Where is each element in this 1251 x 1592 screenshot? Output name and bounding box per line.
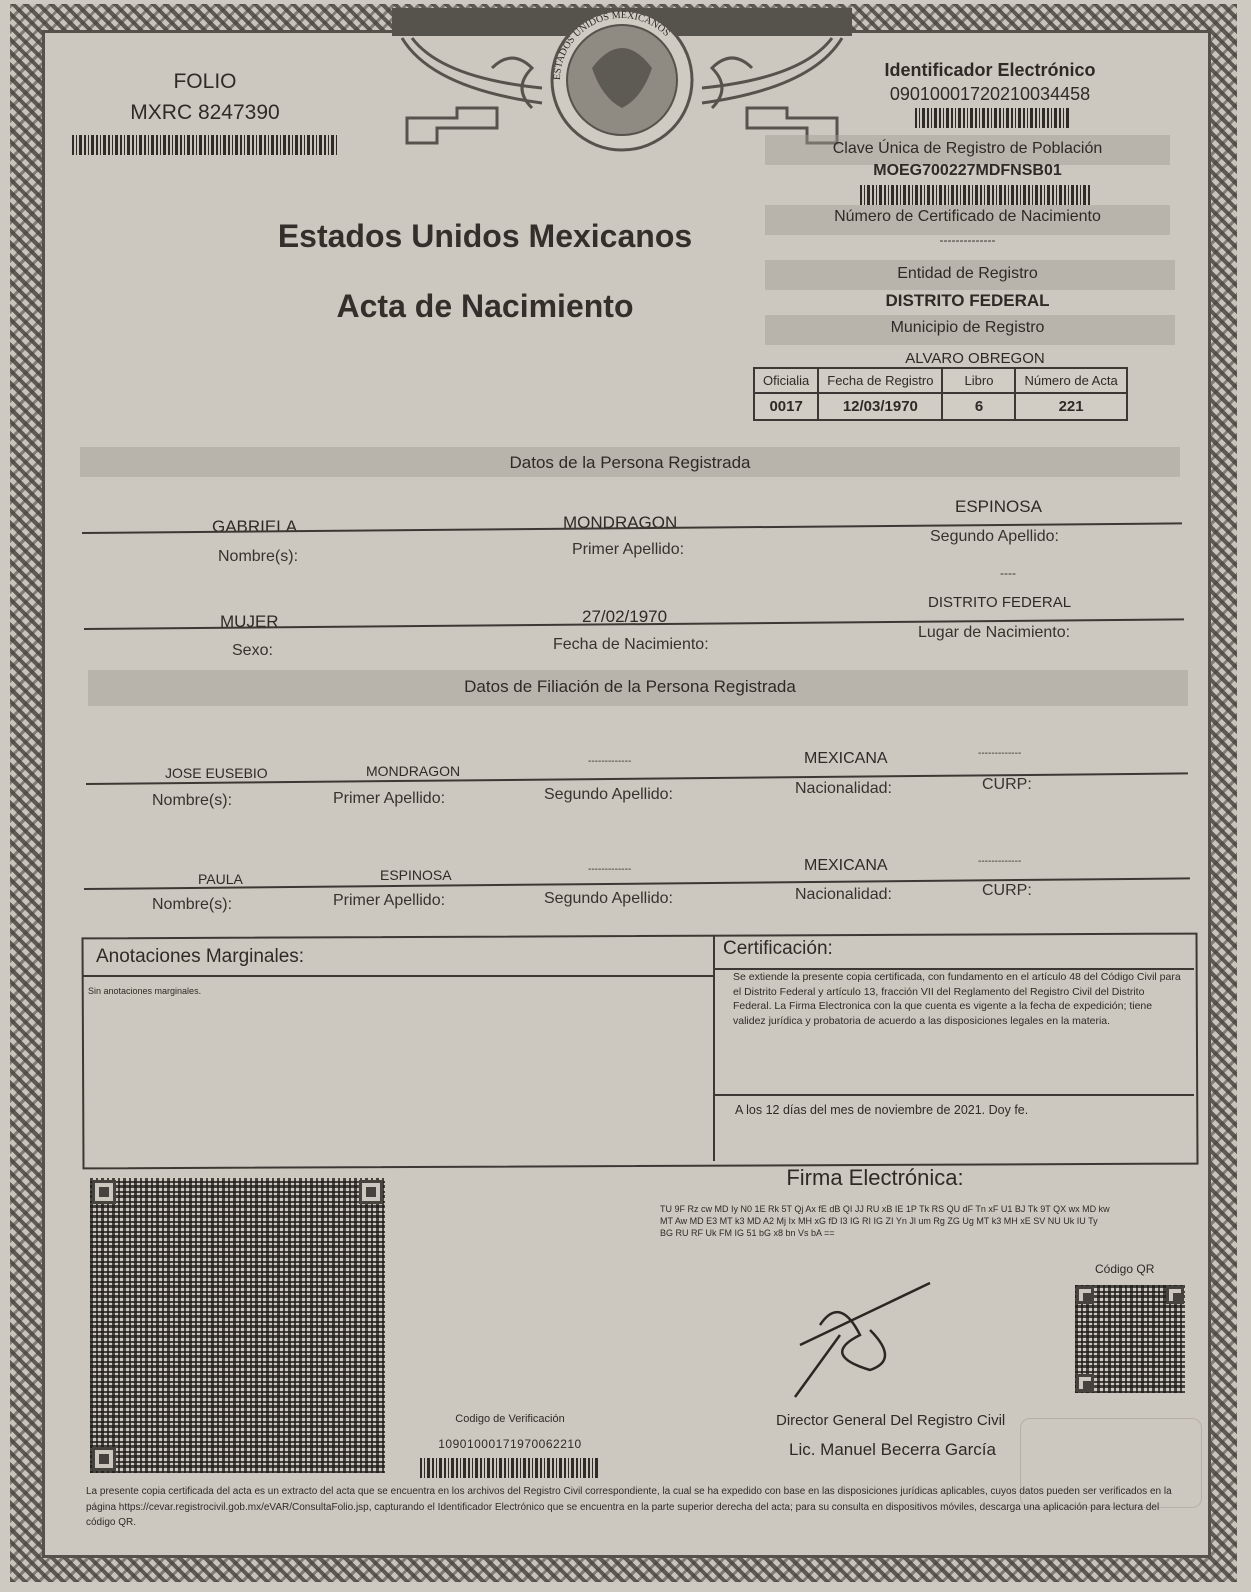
- second-surname-value: ESPINOSA: [955, 497, 1042, 517]
- father-name: JOSE EUSEBIO: [165, 765, 268, 781]
- electronic-id-value: 09010001720210034458: [840, 84, 1140, 105]
- birth-place-label: Lugar de Nacimiento:: [918, 624, 1070, 642]
- first-surname-value: MONDRAGON: [563, 513, 677, 533]
- first-name-label: Nombre(s):: [218, 548, 298, 566]
- country-title: Estados Unidos Mexicanos: [250, 218, 720, 255]
- father-curp: -------------: [978, 748, 1021, 759]
- document-background: ESTADOS UNIDOS MEXICANOS FOLIO MXRC 8247…: [0, 0, 1251, 1592]
- mother-first-surname: ESPINOSA: [380, 867, 452, 883]
- folio-value: MXRC 8247390: [90, 101, 320, 125]
- coat-of-arms-seal-icon: ESTADOS UNIDOS MEXICANOS: [392, 8, 852, 153]
- father-nationality: MEXICANA: [804, 750, 888, 768]
- director-name: Lic. Manuel Becerra García: [789, 1440, 996, 1460]
- document-title: Acta de Nacimiento: [250, 288, 720, 325]
- father-second-surname: -------------: [588, 756, 631, 767]
- curp-label: Clave Única de Registro de Población: [790, 140, 1145, 158]
- first-name-value: GABRIELA: [212, 517, 297, 537]
- registry-entity-value: DISTRITO FEDERAL: [790, 291, 1145, 311]
- small-qr-code: [1075, 1285, 1185, 1393]
- electronic-signature-hash: TU 9F Rz cw MD Iy N0 1E Rk 5T Qj Ax fE d…: [660, 1203, 1110, 1239]
- mother-second-surname: -------------: [588, 864, 631, 875]
- certification-text: Se extiende la presente copia certificad…: [733, 970, 1185, 1029]
- folio-label: FOLIO: [90, 70, 320, 94]
- birth-place-value: DISTRITO FEDERAL: [928, 594, 1071, 611]
- marginal-annotations-text: Sin anotaciones marginales.: [88, 986, 201, 996]
- qr-code-label: Código QR: [1095, 1262, 1154, 1276]
- electronic-id-label: Identificador Electrónico: [840, 60, 1140, 81]
- electronic-id-barcode: [915, 108, 1070, 128]
- verification-qr-code: [90, 1178, 385, 1473]
- registration-table: Oficialia Fecha de Registro Libro Número…: [753, 367, 1128, 421]
- certification-title: Certificación:: [723, 938, 833, 960]
- folio-barcode: [72, 135, 337, 155]
- registry-municipality-label: Municipio de Registro: [790, 319, 1145, 337]
- handwritten-signature-icon: [780, 1275, 950, 1405]
- table-row: 0017 12/03/1970 6 221: [754, 393, 1127, 420]
- curp-barcode: [860, 185, 1092, 205]
- certification-date: A los 12 días del mes de noviembre de 20…: [735, 1103, 1028, 1117]
- sex-label: Sexo:: [232, 642, 273, 660]
- birth-certificate-number-label: Número de Certificado de Nacimiento: [790, 208, 1145, 226]
- mother-nationality: MEXICANA: [804, 857, 888, 875]
- table-header-row: Oficialia Fecha de Registro Libro Número…: [754, 368, 1127, 393]
- electronic-signature-title: Firma Electrónica:: [700, 1165, 1050, 1191]
- footer-legal-text: La presente copia certificada del acta e…: [86, 1484, 1176, 1531]
- section-title-filiation: Datos de Filiación de la Persona Registr…: [80, 677, 1180, 697]
- registry-entity-label: Entidad de Registro: [790, 265, 1145, 283]
- first-surname-label: Primer Apellido:: [572, 541, 684, 559]
- section-title-registered-person: Datos de la Persona Registrada: [80, 453, 1180, 473]
- sex-value: MUJER: [220, 612, 279, 632]
- verification-code-label: Codigo de Verificación: [420, 1413, 600, 1425]
- director-title: Director General Del Registro Civil: [776, 1412, 1005, 1429]
- marginal-annotations-title: Anotaciones Marginales:: [96, 946, 304, 968]
- birth-date-label: Fecha de Nacimiento:: [553, 636, 709, 654]
- curp-value: MOEG700227MDFNSB01: [790, 162, 1145, 180]
- father-first-surname: MONDRAGON: [366, 763, 460, 779]
- birth-certificate-number-value: --------------: [790, 233, 1145, 247]
- curp-dash: ----: [1000, 566, 1016, 580]
- verification-code-value: 10901000171970062210: [415, 1437, 605, 1451]
- verification-barcode: [420, 1458, 598, 1478]
- mother-curp: -------------: [978, 856, 1021, 867]
- second-surname-label: Segundo Apellido:: [930, 528, 1059, 546]
- registry-municipality-value: ALVARO OBREGON: [790, 350, 1160, 367]
- mother-name: PAULA: [198, 871, 243, 887]
